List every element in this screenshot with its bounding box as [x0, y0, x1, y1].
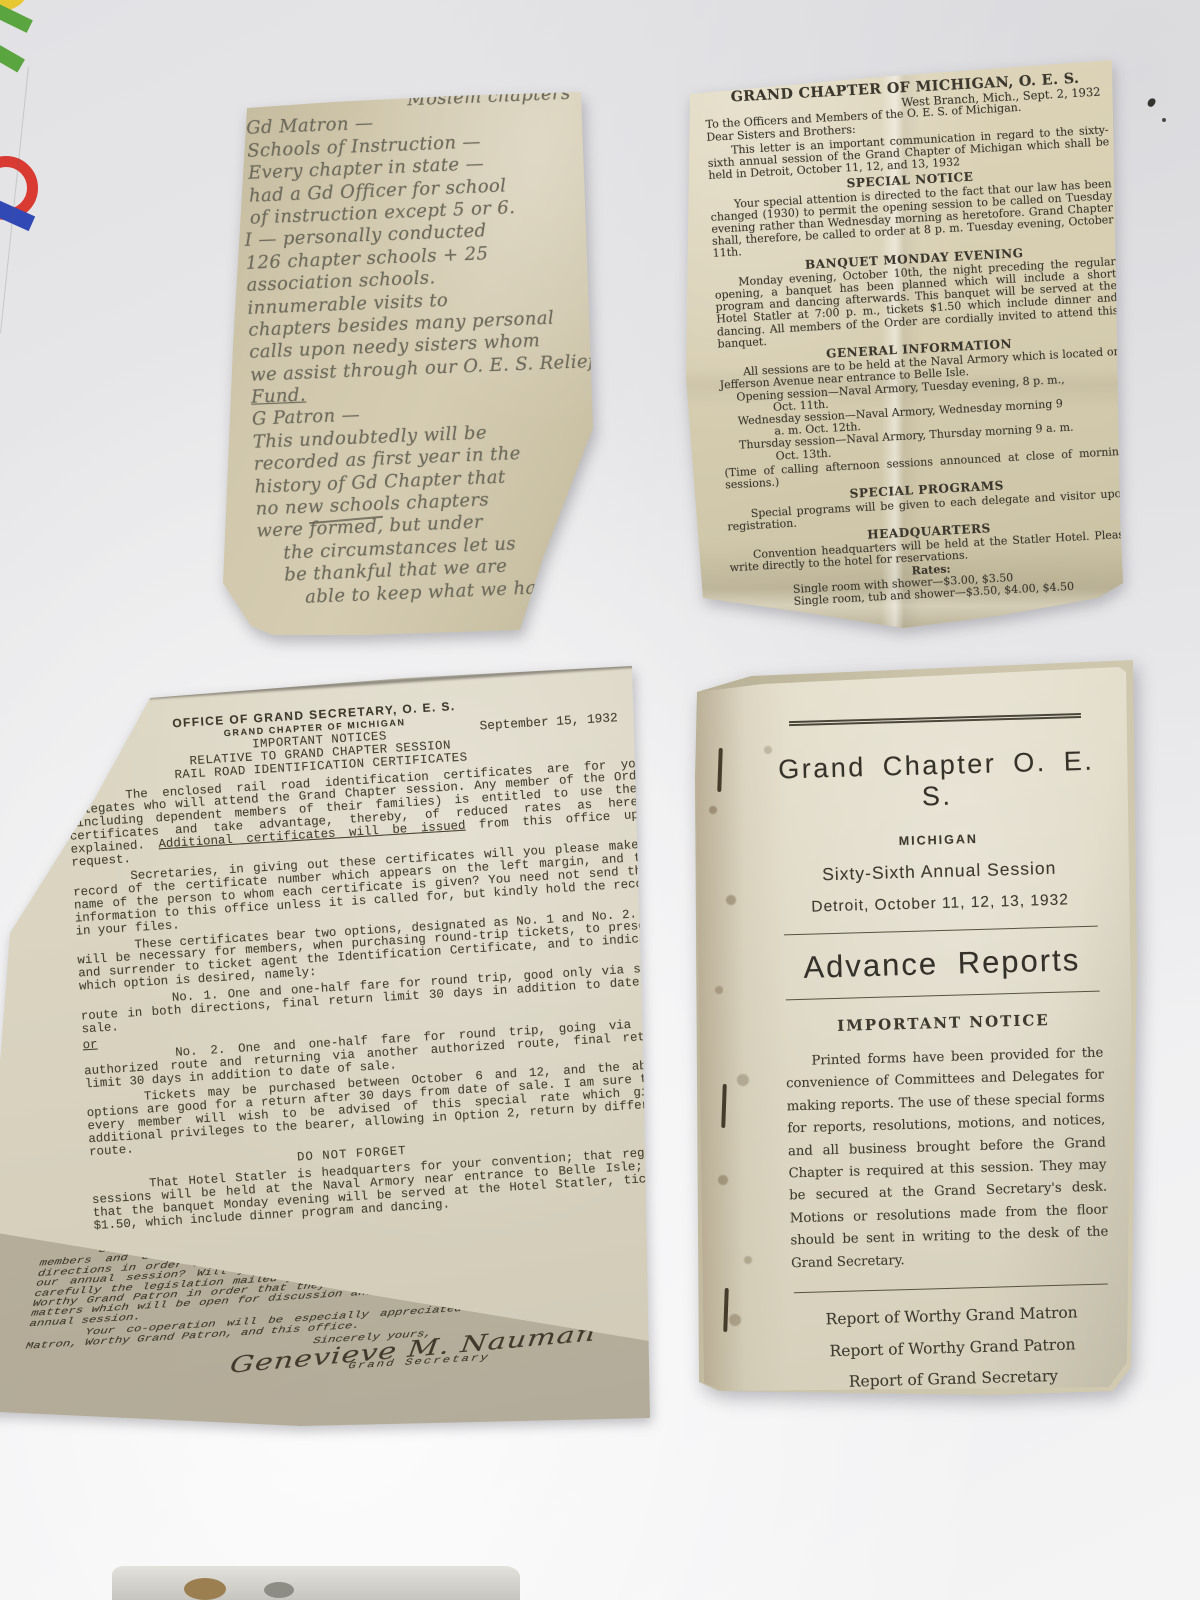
booklet-cover-text: Grand Chapter O. E. S. MICHIGAN Sixty-Si… — [759, 712, 1131, 1452]
convention-letter-paper: GRAND CHAPTER OF MICHIGAN, O. E. S. West… — [678, 53, 1130, 635]
notice-paragraph: Printed forms have been provided for the… — [785, 1043, 1109, 1276]
staple — [717, 748, 723, 792]
convention-letter-text: GRAND CHAPTER OF MICHIGAN, O. E. S. West… — [704, 71, 1133, 611]
handwritten-note: Moslem chapters Gd Matron — Schools of I… — [213, 86, 615, 648]
ink-speck — [1146, 97, 1156, 108]
double-rule-bottom — [809, 1438, 1101, 1451]
booklet-title: Grand Chapter O. E. S. — [760, 745, 1114, 817]
convention-letter: GRAND CHAPTER OF MICHIGAN, O. E. S. West… — [678, 53, 1130, 635]
advance-reports-title: Advance Reports — [765, 941, 1118, 987]
staple — [723, 1288, 729, 1332]
double-rule-top — [789, 713, 1081, 726]
tan-blob — [184, 1578, 226, 1600]
booklet-date-line: Detroit, October 11, 12, 13, 1932 — [764, 890, 1116, 918]
thin-rule — [784, 926, 1098, 936]
booklet: Grand Chapter O. E. S. MICHIGAN Sixty-Si… — [693, 660, 1137, 1397]
report-line: Report of Grand Treasurer — [778, 1390, 1131, 1431]
secretary-letter-text: OFFICE OF GRAND SECRETARY, O. E. S. GRAN… — [63, 688, 677, 1232]
flap-text: Secretaries, will you please see that th… — [18, 1209, 641, 1392]
booklet-session-line: Sixty-Sixth Annual Session — [763, 856, 1115, 887]
folded-flap: Secretaries, will you please see that th… — [0, 1231, 661, 1437]
advance-reports-booklet: Grand Chapter O. E. S. MICHIGAN Sixty-Si… — [693, 660, 1137, 1397]
handwriting: Moslem chapters Gd Matron — Schools of I… — [239, 82, 611, 611]
partial-object-bottom — [112, 1566, 520, 1600]
staple — [721, 1084, 727, 1128]
photo-of-documents: Moslem chapters Gd Matron — Schools of I… — [0, 0, 1200, 1600]
green-paint-mark-lower — [0, 39, 25, 73]
booklet-region: MICHIGAN — [762, 828, 1114, 852]
ink-speck-small — [1162, 118, 1166, 122]
thin-rule — [794, 1284, 1108, 1294]
handwritten-note-paper: Moslem chapters Gd Matron — Schools of I… — [213, 86, 615, 648]
secretary-letter: OFFICE OF GRAND SECRETARY, O. E. S. GRAN… — [0, 648, 667, 1440]
gray-blob — [264, 1582, 294, 1598]
secretary-letter-paper: OFFICE OF GRAND SECRETARY, O. E. S. GRAN… — [0, 648, 667, 1440]
reports-list: Report of Worthy Grand Matron Report of … — [775, 1296, 1130, 1432]
booklet-cover: Grand Chapter O. E. S. MICHIGAN Sixty-Si… — [693, 660, 1137, 1397]
thin-rule — [786, 991, 1100, 1001]
important-notice-heading: IMPORTANT NOTICE — [767, 1009, 1119, 1037]
